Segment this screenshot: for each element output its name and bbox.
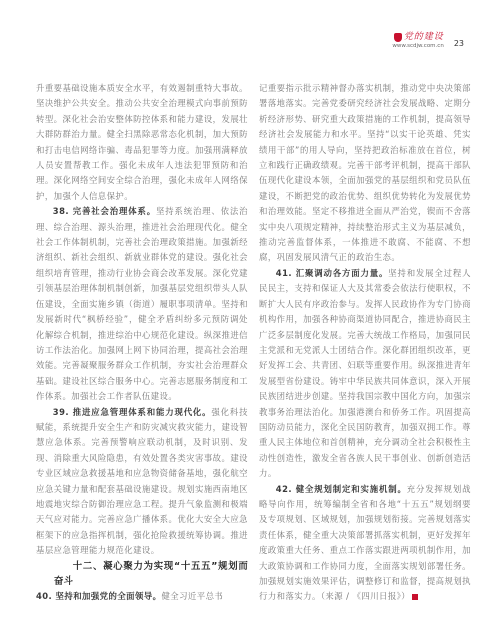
item-42-lead: 42. 健全规划制定和实施机制。 — [276, 484, 407, 494]
right-column: 记重要指示批示精神督办落实机制，推动党中央决策部署落地落实。完善党委研究经济社会… — [259, 81, 471, 605]
item-42-body: 充分发挥规划战略导向作用，统筹编制全省和各地“十五五”规划纲要及专项规划、区域规… — [259, 484, 471, 602]
section-heading: 十二、凝心聚力为实现“十五五”规划而奋斗 — [36, 559, 248, 590]
brand-url: www.scdjw.com.cn — [392, 43, 443, 50]
item-38-paragraph: 38. 完善社会治理体系。坚持系统治理、依法治理、综合治理、源头治理，推进社会治… — [36, 204, 248, 404]
paragraph-continued: 升重要基础设施本质安全水平，有效遏制重特大事故。坚决维护公共安全。推动公共安全治… — [36, 81, 248, 204]
brand-name: 党的建设 — [404, 32, 444, 43]
item-42-paragraph: 42. 健全规划制定和实施机制。充分发挥规划战略导向作用，统筹编制全省和各地“十… — [259, 482, 471, 605]
item-39-body: 强化科技赋能，系统提升安全生产和防灾减灾救灾能力，建设智慧应急体系。完善预警响应… — [36, 407, 248, 556]
item-40-lead: 40. 坚持和加强党的全面领导。 — [36, 591, 161, 601]
item-39-lead: 39. 推进应急管理体系和能力现代化。 — [53, 407, 212, 417]
page-number: 23 — [454, 39, 464, 49]
item-38-body: 坚持系统治理、依法治理、综合治理、源头治理，推进社会治理现代化。健全社会工作体制… — [36, 206, 248, 401]
party-emblem-icon — [394, 33, 402, 42]
item-41-paragraph: 41. 汇聚调动各方面力量。坚持和发展全过程人民民主，支持和保证人大及其常委会依… — [259, 266, 471, 482]
page-header: 党的建设 www.scdjw.com.cn 23 — [392, 28, 464, 50]
item-38-lead: 38. 完善社会治理体系。 — [53, 206, 156, 216]
item-39-paragraph: 39. 推进应急管理体系和能力现代化。强化科技赋能，系统提升安全生产和防灾减灾救… — [36, 405, 248, 559]
item-41-lead: 41. 汇聚调动各方面力量。 — [276, 268, 388, 278]
item-41-body: 坚持和发展全过程人民民主，支持和保证人大及其常委会依法行使职权，不断扩大人民有序… — [259, 268, 471, 478]
item-40-body: 健全习近平总书 — [161, 591, 223, 601]
end-mark-icon — [412, 594, 418, 600]
masthead-brand: 党的建设 www.scdjw.com.cn — [392, 31, 443, 50]
item-40-paragraph: 40. 坚持和加强党的全面领导。健全习近平总书 — [36, 589, 248, 604]
brand-top: 党的建设 — [394, 31, 444, 43]
paragraph-continued: 记重要指示批示精神督办落实机制，推动党中央决策部署落地落实。完善党委研究经济社会… — [259, 81, 471, 266]
left-column: 升重要基础设施本质安全水平，有效遏制重特大事故。坚决维护公共安全。推动公共安全治… — [36, 81, 248, 605]
